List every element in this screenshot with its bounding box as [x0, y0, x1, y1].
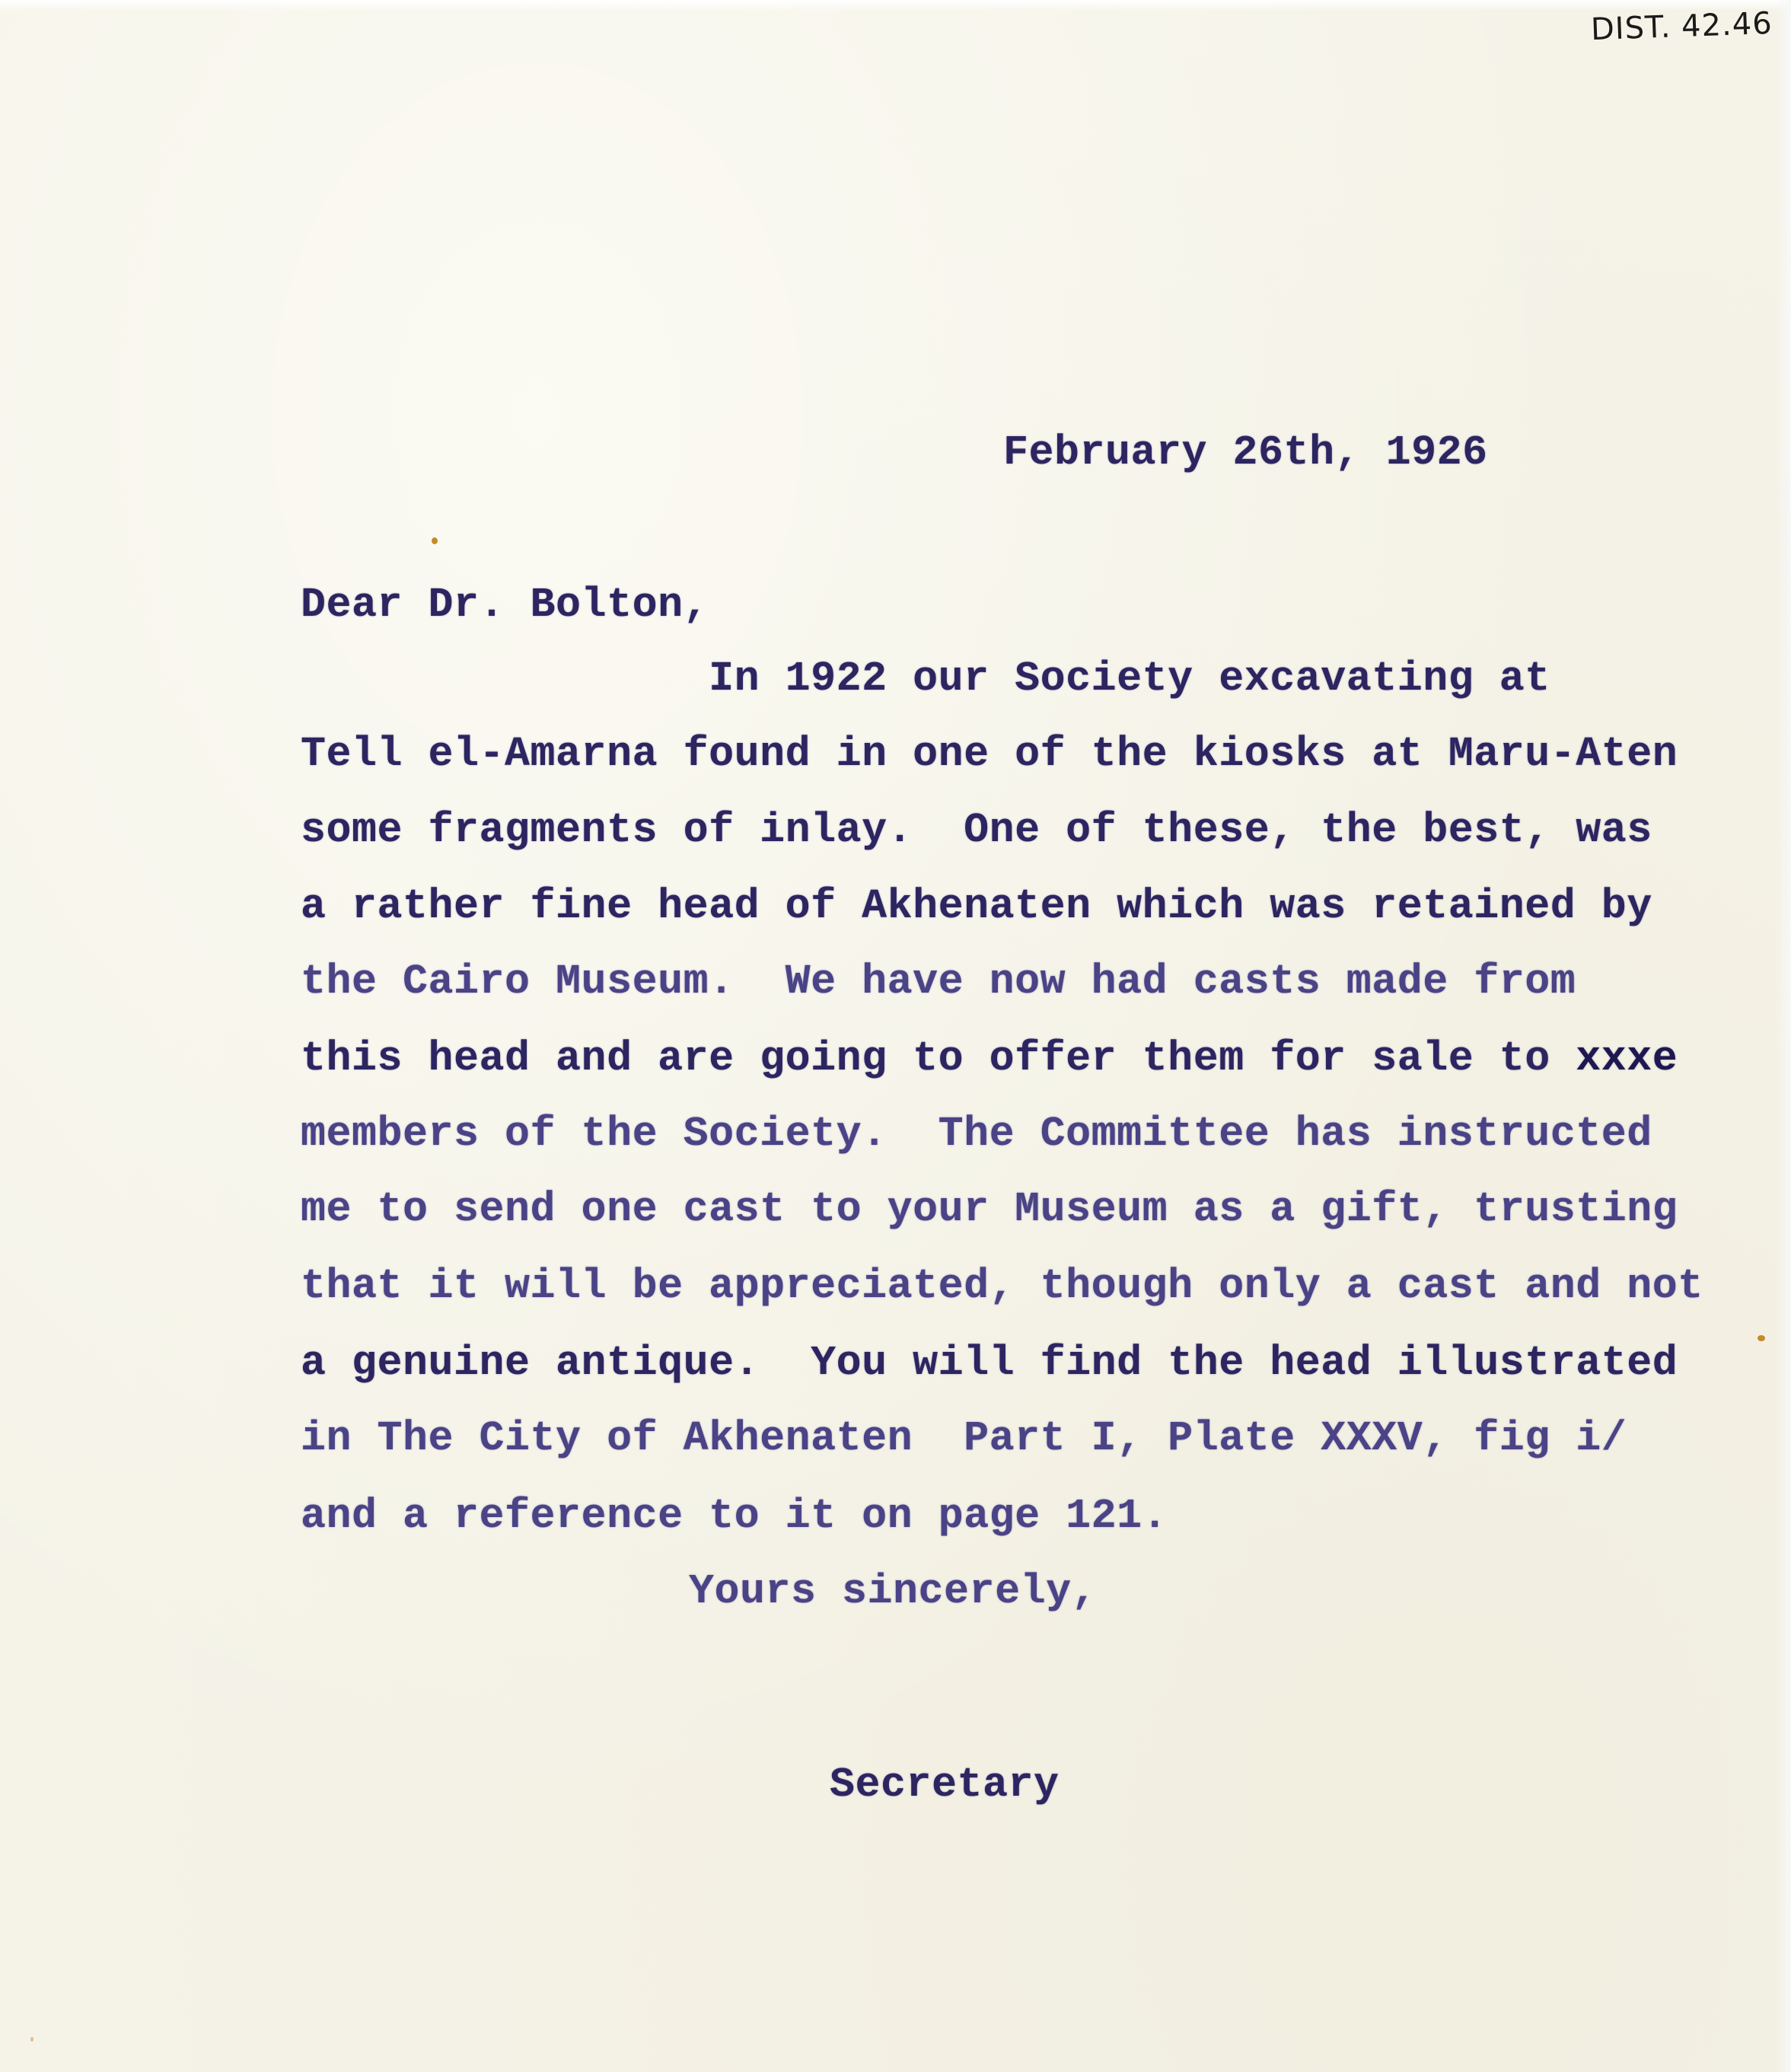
body-line-12: and a reference to it on page 121.: [301, 1493, 1168, 1539]
stain-mark: [432, 537, 438, 544]
letter-date: February 26th, 1926: [1003, 430, 1488, 476]
body-line-9: that it will be appreciated, though only…: [301, 1264, 1703, 1309]
body-line-8: me to send one cast to your Museum as a …: [301, 1187, 1678, 1232]
archive-annotation: DIST. 42.46: [1590, 6, 1773, 47]
stain-mark: [30, 2037, 33, 2042]
paper-edge-top: [0, 0, 1791, 11]
body-line-10: a genuine antique. You will find the hea…: [301, 1340, 1678, 1386]
letter-closing: Yours sincerely,: [689, 1569, 1097, 1615]
body-line-2: Tell el-Amarna found in one of the kiosk…: [301, 732, 1678, 777]
paper-edge-right: [1776, 0, 1791, 2072]
struck-out-text: xxxe: [1576, 1034, 1678, 1082]
body-line-11: in The City of Akhenaten Part I, Plate X…: [301, 1416, 1627, 1462]
letter-page: DIST. 42.46 February 26th, 1926 Dear Dr.…: [0, 0, 1791, 2072]
signature-title: Secretary: [830, 1762, 1060, 1808]
body-line-6: this head and are going to offer them fo…: [301, 1036, 1678, 1082]
stain-mark: [1758, 1335, 1765, 1341]
body-line-7: members of the Society. The Committee ha…: [301, 1111, 1652, 1157]
letter-salutation: Dear Dr. Bolton,: [301, 582, 709, 628]
body-line-6-text: this head and are going to offer them fo…: [301, 1034, 1576, 1082]
body-line-4: a rather fine head of Akhenaten which wa…: [301, 884, 1652, 929]
body-line-5: the Cairo Museum. We have now had casts …: [301, 959, 1576, 1005]
body-line-1: In 1922 our Society excavating at: [301, 656, 1550, 702]
body-line-3: some fragments of inlay. One of these, t…: [301, 808, 1652, 853]
